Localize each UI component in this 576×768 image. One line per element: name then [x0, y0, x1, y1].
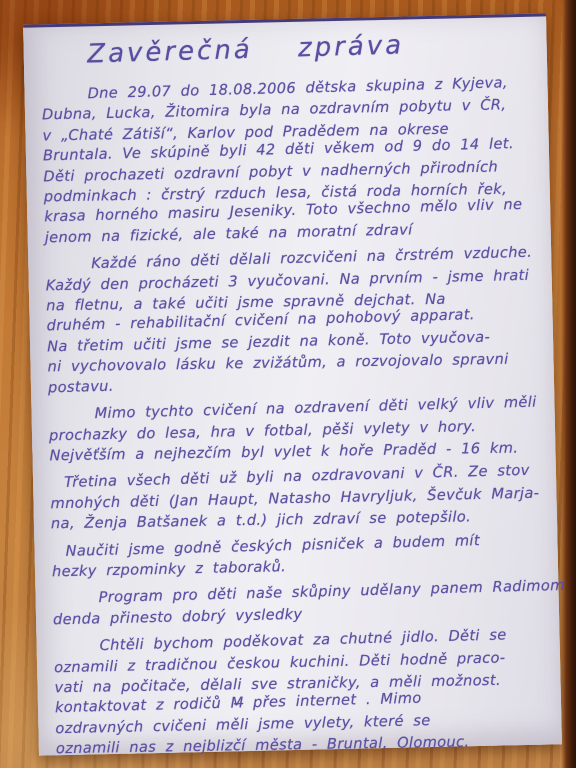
table-edge-shadow — [561, 0, 576, 768]
paper-sheet: Zavěrečná zpráva Dne 29.07 do 18.08.2006… — [23, 13, 562, 755]
paragraph-thanks: Chtěli bychom poděkovat za chutné jidlo.… — [53, 627, 550, 760]
paragraph-daily-routine: Každé ráno děti dělali rozcvičeni na črs… — [45, 245, 542, 399]
paragraph-songs: Naučiti jsme godně českých pisniček a bu… — [51, 531, 546, 583]
paragraph-program: Program pro děti naše skůpiny udělany pa… — [52, 579, 547, 631]
photo-of-handwritten-report: Zavěrečná zpráva Dne 29.07 do 18.08.2006… — [0, 0, 576, 768]
paragraph-intro: Dne 29.07 do 18.08.2006 dětska skupina z… — [41, 75, 538, 249]
paragraph-health: Třetina všech děti už byli na ozdravovan… — [50, 463, 545, 535]
document-title: Zavěrečná zpráva — [0, 28, 493, 72]
paragraph-activities: Mimo tychto cvičení na ozdravení děti ve… — [48, 395, 543, 467]
